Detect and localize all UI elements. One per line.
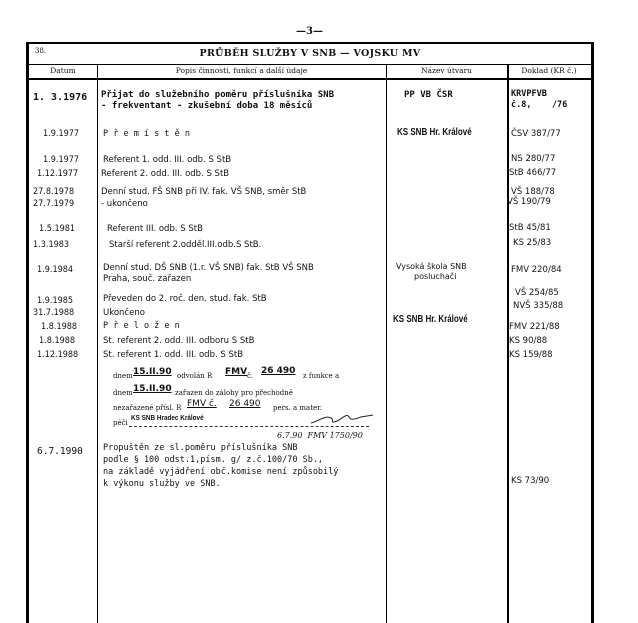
entry-description: Propuštěn ze sl.poměru příslušníka SNB bbox=[103, 443, 297, 453]
filled-date: 15.II.90 bbox=[133, 367, 172, 377]
entry-document: KRVPFVB bbox=[511, 89, 547, 99]
form-label: nezařazené přísl. R bbox=[113, 404, 181, 412]
entry-date: 1.8.1988 bbox=[41, 322, 77, 332]
entry-description: Ukončeno bbox=[103, 308, 145, 318]
filled-date: 15.II.90 bbox=[133, 384, 172, 394]
filled-org: FMV č. bbox=[187, 399, 217, 409]
entry-date: 6.7.1990 bbox=[37, 446, 83, 457]
entry-document: StB 466/77 bbox=[509, 168, 556, 178]
entry-unit: Vysoká škola SNB bbox=[396, 262, 467, 271]
entry-document: KS 25/83 bbox=[513, 238, 551, 248]
unit-stamp: KS SNB Hr. Králové bbox=[393, 314, 468, 325]
service-record-form: 38. PRŮBĚH SLUŽBY V SNB — VOJSKU MV Datu… bbox=[26, 42, 594, 623]
entry-document: StB 45/81 bbox=[509, 223, 551, 233]
entry-document: KS 73/90 bbox=[511, 476, 549, 486]
form-label: z funkce a bbox=[303, 372, 339, 380]
entry-document: VŠ 254/85 bbox=[515, 288, 559, 298]
handwritten-reference: 6.7.90 FMV 1750/90 bbox=[277, 431, 363, 440]
form-title-row: 38. PRŮBĚH SLUŽBY V SNB — VOJSKU MV bbox=[29, 44, 591, 65]
entry-document: NS 280/77 bbox=[511, 154, 555, 164]
unit-stamp: KS SNB Hradec Králové bbox=[131, 413, 204, 422]
signature-icon bbox=[309, 409, 379, 427]
entry-description: Přijat do služebního poměru příslušníka … bbox=[101, 90, 334, 100]
form-label: dnem bbox=[113, 372, 133, 380]
entry-description: Převeden do 2. roč. den. stud. fak. StB bbox=[103, 294, 267, 304]
entry-date: 1.9.1985 bbox=[37, 296, 73, 306]
entry-description: P ř e l o ž e n bbox=[103, 321, 180, 331]
entry-document: KS 90/88 bbox=[509, 336, 547, 346]
form-title: PRŮBĚH SLUŽBY V SNB — VOJSKU MV bbox=[29, 48, 591, 59]
entry-description: na základě vyjádření obč.komise není způ… bbox=[103, 467, 338, 477]
entry-date: 1.12.1988 bbox=[37, 350, 78, 360]
entry-description: podle § 100 odst.1,písm. g/ z.č.100/70 S… bbox=[103, 455, 323, 465]
entry-document: FMV 221/88 bbox=[509, 322, 560, 332]
entry-document: VŠ 190/79 bbox=[507, 197, 551, 207]
entry-document: NVŠ 335/88 bbox=[513, 301, 563, 311]
form-label: péči bbox=[113, 419, 128, 427]
form-label: č. bbox=[247, 372, 253, 380]
filled-number: 26 490 bbox=[229, 399, 261, 409]
entry-document: FMV 220/84 bbox=[511, 265, 562, 275]
column-header-unit: Název útvaru bbox=[386, 66, 507, 75]
form-label: zařazen do zálohy pro přechodně bbox=[175, 389, 293, 397]
form-label: odvolán R bbox=[177, 372, 212, 380]
entry-date: 1.5.1981 bbox=[39, 224, 75, 234]
entry-date: 1.3.1983 bbox=[33, 240, 69, 250]
filled-org: FMV bbox=[225, 367, 247, 377]
filled-number: 26 490 bbox=[261, 366, 295, 376]
entry-description: k výkonu služby ve SNB. bbox=[103, 479, 221, 489]
column-header-document: Doklad (KR č.) bbox=[507, 66, 591, 75]
entry-description: Denní stud. FŠ SNB při IV. fak. VŠ SNB, … bbox=[101, 187, 306, 197]
entry-description: Praha, souč. zařazen bbox=[103, 274, 191, 284]
entry-document: č.8, /76 bbox=[511, 100, 567, 110]
entry-date: 1.8.1988 bbox=[39, 336, 75, 346]
entry-date: 31.7.1988 bbox=[33, 308, 74, 318]
entry-date: 1.9.1977 bbox=[43, 129, 79, 139]
entry-description: - ukončeno bbox=[101, 199, 148, 209]
form-label: dnem bbox=[113, 389, 133, 397]
entry-date: 1. 3.1976 bbox=[33, 92, 87, 103]
entry-document: VŠ 188/78 bbox=[511, 187, 555, 197]
entry-unit: PP VB ČSR bbox=[404, 90, 453, 100]
entry-description: Referent 1. odd. III. odb. S StB bbox=[103, 155, 231, 165]
entry-description: P ř e m í s t ě n bbox=[103, 129, 190, 139]
entry-description: Denní stud. DŠ SNB (1.r. VŠ SNB) fak. St… bbox=[103, 263, 314, 273]
entry-date: 1.9.1977 bbox=[43, 155, 79, 165]
column-header-date: Datum bbox=[29, 66, 97, 75]
entry-description: Referent III. odb. S StB bbox=[107, 224, 203, 234]
entry-unit-note: posluchači bbox=[414, 272, 456, 281]
page-number: —3— bbox=[296, 26, 323, 37]
entry-description: Referent 2. odd. III. odb. S StB bbox=[101, 169, 229, 179]
column-divider bbox=[97, 64, 98, 623]
entry-description: Starší referent 2.odděl.III.odb.S StB. bbox=[109, 240, 261, 250]
entry-document: ČSV 387/77 bbox=[511, 129, 561, 139]
entry-description: - frekventant - zkušební doba 18 měsíců bbox=[101, 101, 312, 111]
entry-description: St. referent 2. odd. III. odboru S StB bbox=[103, 336, 254, 346]
entry-date-end: 27.7.1979 bbox=[33, 199, 74, 209]
entry-description: St. referent 1. odd. III. odb. S StB bbox=[103, 350, 243, 360]
entry-document: KS 159/88 bbox=[509, 350, 553, 360]
entry-date: 1.9.1984 bbox=[37, 265, 73, 275]
entry-date: 1.12.1977 bbox=[37, 169, 78, 179]
unit-stamp: KS SNB Hr. Králové bbox=[397, 127, 472, 138]
column-header-description: Popis činnosti, funkcí a další údaje bbox=[97, 66, 386, 75]
entry-date: 27.8.1978 bbox=[33, 187, 74, 197]
column-divider bbox=[386, 64, 387, 623]
